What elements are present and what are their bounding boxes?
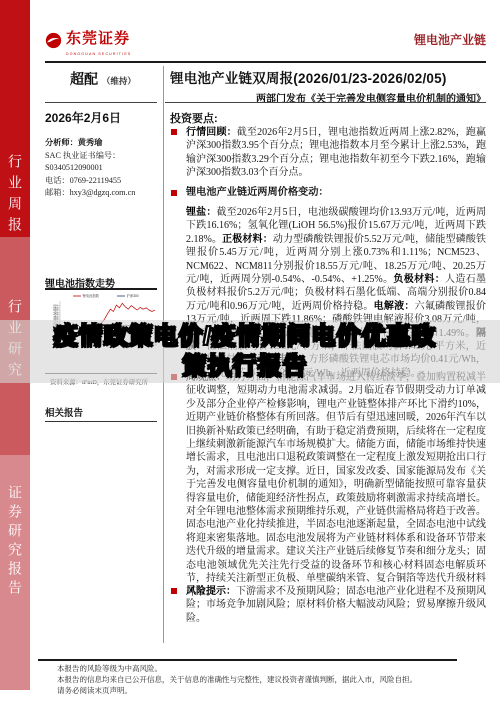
- sidebar-label-securities-report: 证券研究报告: [5, 485, 25, 599]
- brand-logo-icon: [45, 32, 62, 49]
- analyst-sac-label: SAC 执业证书编号：: [45, 150, 135, 163]
- weekly-view-text: 动力方面，新能源汽车市场进入传统淡季，叠加购置税减半征收调整，短期动力电池需求减…: [186, 372, 486, 598]
- rating-note: （维持）: [102, 76, 136, 86]
- header-rule: [45, 61, 486, 63]
- paragraph-risk-warning: 风险提示：下游需求不及预期风险；固态电池产业化进程不及预期风险；市场竞争加剧风险…: [186, 585, 486, 625]
- rating-badge: 超配 （维持）: [70, 69, 136, 89]
- sidebar-section-securities-report: 证券研究报告: [0, 455, 30, 690]
- analyst-phone: 电话：0769-22119455: [45, 175, 135, 188]
- paragraph-market-review: 行情回顾：截至2026年2月5日，锂电池指数近两周上涨2.82%，跑赢沪深300…: [186, 126, 486, 180]
- market-review-lead: 行情回顾：: [186, 127, 237, 138]
- bullet-icon: [171, 190, 177, 196]
- report-date: 2026年2月6日: [45, 109, 121, 126]
- paragraph-weekly-view: 周观点：动力方面，新能源汽车市场进入传统淡季，叠加购置税减半征收调整，短期动力电…: [186, 371, 486, 599]
- footer-line-risk-level: 本报告的风险等级为中高风险。: [57, 663, 417, 674]
- left-column-rule: [45, 102, 157, 103]
- section-title-investment-points: 投资要点:: [170, 110, 218, 126]
- analyst-sac-number: S0340512090001: [45, 162, 135, 175]
- footer-rule: [38, 659, 457, 661]
- analyst-name: 分析师：黄秀瑜: [45, 137, 135, 150]
- brand-name-en: DONGGUAN SECURITIES: [66, 47, 131, 62]
- footer-line-read-statement: 请务必阅读末页声明。: [57, 685, 417, 696]
- industry-tag: 锂电池产业链: [414, 31, 486, 48]
- analyst-email: 邮箱：hxy3@dgzq.com.cn: [45, 187, 135, 200]
- sidebar-section-industry-weekly: 行业周报: [0, 0, 30, 237]
- paragraph-price-heading: 锂电池产业链近两周价格变动：: [186, 186, 486, 199]
- report-title: 锂电池产业链双周报(2026/01/23-2026/02/05): [170, 67, 447, 87]
- risk-warning-lead: 风险提示：: [186, 586, 236, 597]
- watermark-line2: 策执行报告: [15, 352, 475, 382]
- analyst-info: 分析师：黄秀瑜 SAC 执业证书编号： S0340512090001 电话：07…: [45, 137, 135, 200]
- chart-title-underline: [45, 288, 157, 290]
- svg-text:沪深300: 沪深300: [127, 293, 139, 298]
- rating-value: 超配: [70, 71, 98, 87]
- related-reports-underline: [45, 421, 157, 422]
- footer-line-info-source: 本报告的信息均来自已公开信息，关于信息的准确性与完整性，建议投资者谨慎判断，据此…: [57, 674, 417, 685]
- svg-text:锂电池指数: 锂电池指数: [83, 293, 100, 298]
- watermark-text: 疫情政策电价/疫情期间电价优惠政 策执行报告: [15, 322, 475, 382]
- watermark-line1: 疫情政策电价/疫情期间电价优惠政: [15, 322, 475, 352]
- footer-disclaimer: 本报告的风险等级为中高风险。 本报告的信息均来自已公开信息，关于信息的准确性与完…: [57, 663, 417, 696]
- brand-logo: 东莞证券 DONGGUAN SECURITIES: [45, 32, 131, 62]
- bullet-icon: [171, 129, 177, 135]
- main-column-rule: [165, 102, 486, 103]
- related-reports-label: 相关报告: [45, 405, 83, 419]
- bullet-icon: [171, 588, 177, 594]
- sidebar-label-industry-weekly: 行业周报: [5, 154, 25, 238]
- brand-name: 东莞证券: [66, 32, 131, 47]
